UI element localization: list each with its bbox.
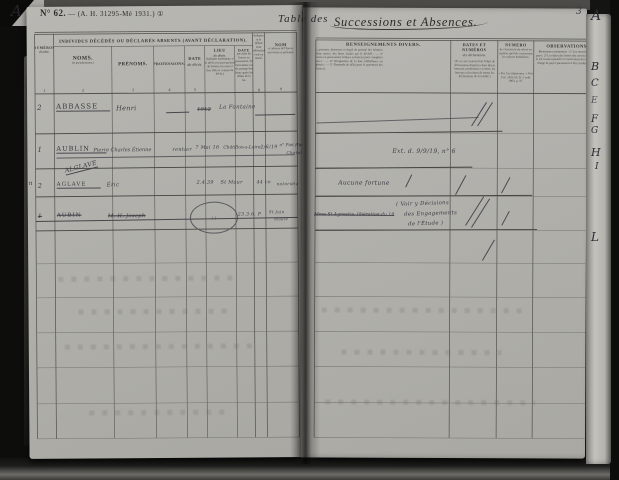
register-title-left: Table des [278,13,328,25]
scan-right-edge [610,0,619,480]
bleed-through [341,350,501,356]
entry-date-deces: 2.4.39 [197,181,214,186]
alphabet-tab-strip: A B C E F G H I L [586,14,611,464]
tab-letter-e[interactable]: E [591,96,598,106]
tab-letter-g[interactable]: G [591,126,598,136]
col-header-date-envoi: DATE par suite de l'envoi en possession,… [235,48,253,92]
tab-letter-f[interactable]: F [591,114,598,125]
entry-conjoint: notoriété [277,181,299,186]
entry-date-envoi: 2/6/19 [260,145,277,150]
col-header-professions: PROFESSIONS. 4 [154,49,185,93]
entry-lieu-deces: La Fontaine [219,104,255,110]
entry-declaration-ref: Ext. d. 9/9/19, n° 6 [392,148,455,155]
col-header-numero-ordre: NUMÉROS d'ordre. 1 [35,36,54,94]
col-header-noms: NOMS. (et pseudonymes.) 2 [54,49,112,93]
entry-lieu-deces: St Maur [221,180,243,185]
entry-prenoms: Pierre Charles Étienne [93,147,151,153]
entry-profession: rentier [172,147,192,153]
col-header-etat-civil: Indiquer si le défunt était célibataire,… [253,34,265,92]
scanned-register-page: INDIVIDUS DÉCÉDÉS OU DÉCLARÉS ABSENTS (A… [0,0,619,480]
scan-left-margin [0,26,29,480]
entry-renseignements: Aucune fortune [338,180,389,187]
entry-date-deces: 7 Mai 16 [195,146,219,151]
page-number: 3 [576,7,582,17]
col-header-prenoms: PRÉNOMS. 3 [112,49,154,93]
entry-ordre: 2 [37,104,42,112]
form-reference: N° 62. — (A. H. 31295-Mé 1931.) ① [40,8,164,18]
scan-bottom-edge [0,458,619,480]
left-page: INDIVIDUS DÉCÉDÉS OU DÉCLARÉS ABSENTS (A… [26,5,305,459]
entry-conjoint: St Juin [269,209,285,214]
tab-letter-c[interactable]: C [591,78,599,89]
corner-letter: A [11,2,22,20]
tab-letter-h[interactable]: H [591,146,601,159]
entry-date-deces: 1912 [197,107,211,113]
left-group-header: INDIVIDUS DÉCÉDÉS OU DÉCLARÉS ABSENTS (A… [54,33,253,46]
col-header-nom-epoux: NOM et adresse de l'époux survivant ou p… [265,34,297,92]
entry-nom: AGLAVE [57,181,101,188]
bleed-through [79,309,229,315]
bleed-through [325,399,535,405]
margin-mark: n [29,180,33,187]
entry-prenoms: Éric [107,182,120,188]
col-header-numero-classement: NUMÉRO de classement du relevé en matièr… [498,43,534,92]
entry-ordre: 1 [37,146,42,154]
tab-letter-l[interactable]: L [591,230,599,244]
tab-letter-b[interactable]: B [591,60,599,73]
col-header-renseignements: RENSEIGNEMENTS DIVERS. 1° Désignation, d… [316,42,451,92]
right-page: RENSEIGNEMENTS DIVERS. 1° Désignation, d… [301,7,587,458]
bleed-through [89,410,229,416]
entry-date-envoi: 44 co [257,180,271,185]
entry-nom: AUBIN [57,212,97,218]
entry-struck-note: Mme St Agnestie, libération du 18 [314,212,394,217]
bleed-through [322,307,522,313]
entry-ordre: 1 [38,213,42,220]
col-header-dates-numeros: DATES ET NUMÉROS des déclarations. (Si c… [451,43,498,92]
tab-letter-i[interactable]: I [595,162,599,172]
entry-ordre: 2 [38,182,42,190]
entry-prenoms: Henri [116,104,136,112]
tab-letter-a[interactable]: A [591,8,601,24]
entry-note-line: de l'Étude ) [408,220,443,227]
col-header-lieu-deces: LIEU du décès. (Indiquer seulement, si l… [205,49,235,93]
entry-nom: ABBASSE [56,102,110,111]
entry-lieu-deces: Châtillon-s-Loire [223,145,260,150]
col-header-date-deces: DATE du décès. 5 [185,49,205,93]
